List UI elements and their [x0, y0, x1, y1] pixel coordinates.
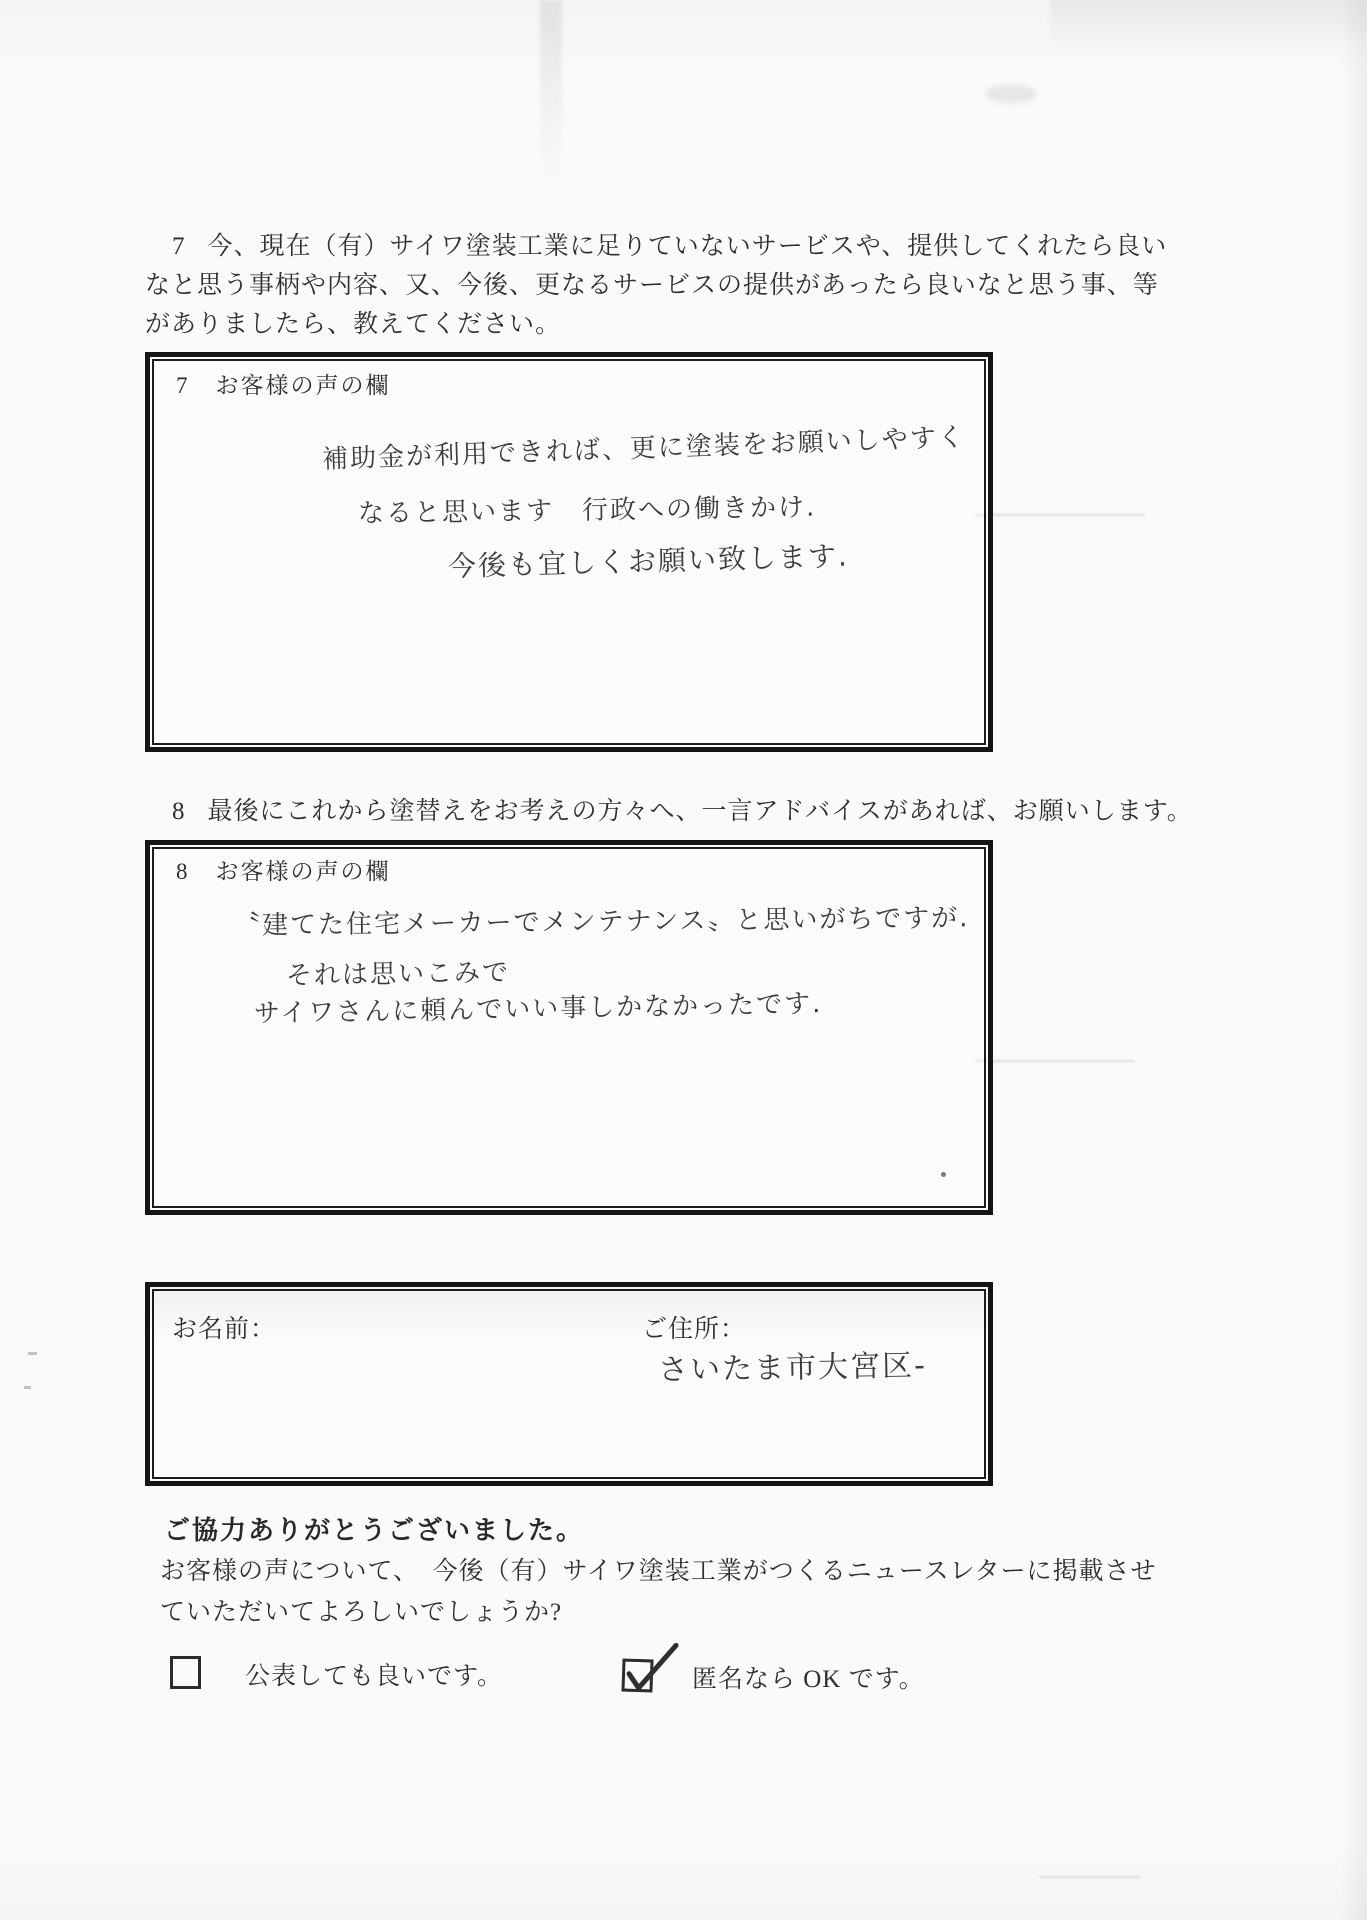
scan-artifact-edge-shade — [1339, 0, 1367, 1920]
checkbox-anonymous-ok — [621, 1658, 653, 1692]
answer-box-7-number: 7 — [176, 373, 190, 399]
question-8-number: 8 — [172, 795, 186, 829]
scan-artifact-mark — [28, 1352, 37, 1355]
answer-box-7-header: 7お客様の声の欄 — [176, 367, 391, 400]
question-7-line-2: なと思う事柄や内容、又、今後、更なるサービスの提供があったら良いなと思う事、等 — [145, 269, 1159, 303]
handwritten-answer-8-line-1: 〝建てた住宅メーカーでメンテナンス〟と思いがちですが. — [234, 897, 970, 942]
handwritten-answer-7-line-3: 今後も宜しくお願い致します. — [447, 535, 849, 585]
scan-artifact-crease — [975, 514, 1145, 516]
checkbox-publish-ok — [170, 1656, 201, 1689]
signature-box: お名前： ご住所： さいたま市大宮区- — [145, 1282, 993, 1486]
question-7-text: 今、現在（有）サイワ塗装工業に足りていないサービスや、提供してくれたら良い — [208, 233, 1168, 260]
address-label: ご住所： — [642, 1309, 746, 1345]
scanned-survey-page: 7今、現在（有）サイワ塗装工業に足りていないサービスや、提供してくれたら良い な… — [0, 0, 1367, 1920]
scan-artifact-crease — [1040, 1876, 1140, 1878]
handwritten-answer-7-line-1: 補助金が利用できれば、更に塗装をお願いしやすく — [321, 417, 966, 476]
question-7-number: 7 — [172, 230, 186, 264]
handwritten-answer-8-line-2: それは思いこみで — [286, 952, 511, 992]
answer-box-8-label: お客様の声の欄 — [216, 859, 391, 884]
name-label: お名前： — [172, 1309, 276, 1345]
answer-box-8: 8お客様の声の欄 〝建てた住宅メーカーでメンテナンス〟と思いがちですが. それは… — [145, 840, 993, 1215]
question-8: 8最後にこれから塗替えをお考えの方々へ、一言アドバイスがあれば、お願いします。 — [172, 795, 1193, 829]
consent-label-publish-ok: 公表しても良いです。 — [245, 1656, 503, 1692]
scan-artifact-fold-streak — [540, 0, 562, 185]
handwritten-address: さいたま市大宮区- — [658, 1340, 928, 1389]
checkmark-icon — [618, 1635, 684, 1701]
closing-line-1: お客様の声について、 今後（有）サイワ塗装工業がつくるニュースレターに掲載させ — [160, 1555, 1157, 1589]
question-7-line-3: がありましたら、教えてください。 — [145, 308, 561, 342]
scan-artifact-corner-shade — [1050, 0, 1367, 52]
closing-thanks: ご協力ありがとうございました。 — [164, 1510, 584, 1547]
question-8-text: 最後にこれから塗替えをお考えの方々へ、一言アドバイスがあれば、お願いします。 — [208, 798, 1193, 825]
question-7-line-1: 7今、現在（有）サイワ塗装工業に足りていないサービスや、提供してくれたら良い — [172, 230, 1167, 264]
closing-line-2: ていただいてよろしいでしょうか? — [160, 1596, 562, 1630]
scan-artifact-smudge — [985, 85, 1037, 103]
answer-box-8-header: 8お客様の声の欄 — [176, 853, 391, 886]
consent-label-anonymous-ok: 匿名なら OK です。 — [692, 1659, 925, 1695]
scan-artifact-mark — [24, 1386, 31, 1389]
answer-box-8-number: 8 — [176, 859, 190, 885]
answer-box-7-label: お客様の声の欄 — [216, 373, 391, 398]
scan-artifact-crease — [975, 1060, 1135, 1062]
handwritten-answer-7-line-2: なると思います 行政への働きかけ. — [358, 487, 817, 530]
answer-box-7: 7お客様の声の欄 補助金が利用できれば、更に塗装をお願いしやすく なると思います… — [145, 352, 993, 752]
